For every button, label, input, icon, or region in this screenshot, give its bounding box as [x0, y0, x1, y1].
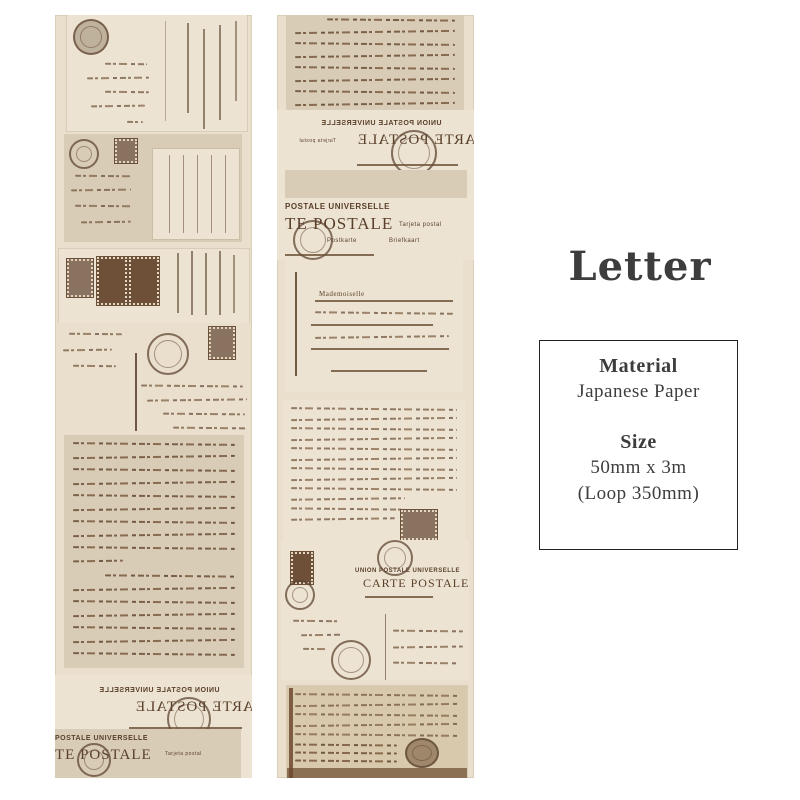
stamp-icon	[67, 259, 93, 297]
postmark-icon	[77, 743, 111, 777]
printed-union-postale: UNION POSTALE UNIVERSELLE	[321, 120, 442, 127]
handwritten-mademoiselle: Mademoiselle	[319, 290, 365, 298]
printed-tarjeta-postal: Tarjeta postal	[299, 138, 336, 144]
postmark-icon	[331, 640, 371, 680]
spec-value-loop: (Loop 350mm)	[540, 481, 737, 507]
tape-segment-printed-postcard: UNION POSTALE UNIVERSELLE CARTE POSTALE …	[277, 110, 474, 260]
tape-segment-stamps	[55, 243, 252, 323]
printed-tarjeta-postal: Tarjeta postal	[399, 222, 442, 228]
printed-briefkaart: Briefkaart	[389, 238, 420, 244]
spec-value-size: 50mm x 3m	[540, 455, 737, 481]
tape-strip-left: UNION POSTALE UNIVERSELLE CARTE POSTALE …	[55, 15, 252, 778]
seal-icon	[405, 738, 439, 768]
tape-segment-address-postcard: Mademoiselle	[277, 260, 474, 400]
tape-segment-handwritten-letter	[55, 435, 252, 675]
postmark-icon	[377, 540, 413, 576]
product-title: Letter	[540, 243, 740, 290]
postmark-icon	[147, 333, 189, 375]
stamp-icon	[129, 257, 159, 305]
tape-segment-carte-postale: UNION POSTALE UNIVERSELLE CARTE POSTALE	[277, 540, 474, 680]
spec-label-material: Material	[540, 353, 737, 379]
tape-segment-address-postcard	[55, 15, 252, 133]
postmark-icon	[73, 19, 109, 55]
printed-union-postale: UNION POSTALE UNIVERSELLE	[99, 687, 220, 694]
postmark-icon	[69, 139, 99, 169]
stamp-icon	[97, 257, 127, 305]
printed-carte-postale: CARTE POSTALE	[363, 576, 469, 591]
stamp-icon	[115, 139, 137, 163]
tape-segment-printed-postcard: UNION POSTALE UNIVERSELLE CARTE POSTALE …	[55, 675, 252, 778]
tape-segment-manuscript	[277, 680, 474, 778]
printed-postale-universelle: POSTALE UNIVERSELLE	[55, 735, 148, 742]
stamp-icon	[209, 327, 235, 359]
postmark-icon	[285, 580, 315, 610]
spec-label-size: Size	[540, 429, 737, 455]
tape-segment-handwritten-note	[277, 400, 474, 540]
tape-segment-postcard-collage	[55, 133, 252, 243]
tape-segment-handwritten-letter	[277, 15, 474, 110]
stamp-icon	[401, 510, 437, 540]
printed-postale-universelle: POSTALE UNIVERSELLE	[285, 202, 390, 211]
tape-strip-right: UNION POSTALE UNIVERSELLE CARTE POSTALE …	[277, 15, 474, 778]
printed-tarjeta-postal: Tarjeta postal	[165, 751, 202, 757]
spec-value-material: Japanese Paper	[540, 379, 737, 405]
spec-box: Material Japanese Paper Size 50mm x 3m (…	[539, 340, 738, 550]
tape-segment-envelope	[55, 323, 252, 435]
